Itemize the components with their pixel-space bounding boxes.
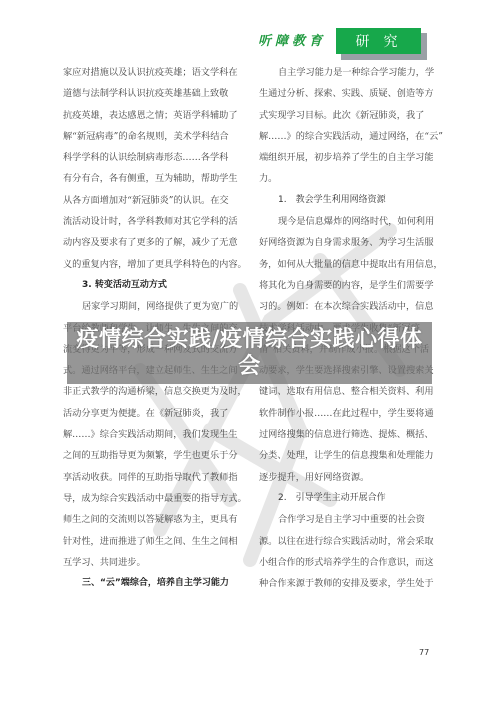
paragraph-line: 居家学习期间，网络提供了更为宽广的 bbox=[63, 296, 243, 317]
journal-brand: 听障教育 bbox=[258, 30, 326, 49]
document-page: 听障教育 研究 家应对措施以及认识抗疫英雄；语文学科在 道德与法制学科认识抗疫英… bbox=[0, 0, 500, 707]
paragraph-line: 针对性，进而推进了师生之间、生生之间相 bbox=[63, 531, 243, 552]
paragraph-line: 师生之间的交流则以答疑解惑为主，更具有 bbox=[63, 509, 243, 530]
paragraph-line: 现今是信息爆炸的网络时代，如何利用 bbox=[259, 211, 439, 232]
paragraph-line: 家应对措施以及认识抗疫英雄；语文学科在 bbox=[63, 62, 243, 83]
paragraph-line: 习的。例如：在本次综合实践活动中，信息 bbox=[259, 296, 439, 317]
paragraph-line: 键词、选取有用信息、整合相关资料、利用 bbox=[259, 381, 439, 402]
subsection-heading: 2. 引导学生主动开展合作 bbox=[259, 488, 439, 509]
paragraph-line: 导，成为综合实践活动中最重要的指导方式。 bbox=[63, 488, 243, 509]
paragraph-line: 科学学科的认识绘制病毒形态……各学科 bbox=[63, 147, 243, 168]
overlay-title: 疫情综合实践/疫情综合实践心得体会 bbox=[67, 322, 432, 380]
paragraph-line: 务，如何从大批量的信息中提取出有用信息， bbox=[259, 254, 439, 275]
page-number: 77 bbox=[419, 648, 429, 657]
paragraph-line: 流活动设计时，各学科教师对其它学科的活 bbox=[63, 211, 243, 232]
paragraph-line: 合作学习是自主学习中重要的社会资 bbox=[259, 509, 439, 530]
paragraph-line: 种合作来源于教师的安排及要求，学生处于 bbox=[259, 573, 439, 594]
subsection-heading: 1. 教会学生利用网络资源 bbox=[259, 190, 439, 211]
paragraph-line: 解……》综合实践活动期间，我们发现生生 bbox=[63, 424, 243, 445]
paragraph-line: 互学习、共同进步。 bbox=[63, 552, 243, 573]
paragraph-line: 源。以往在进行综合实践活动时，常会采取 bbox=[259, 531, 439, 552]
paragraph-line: 道德与法制学科认识抗疫英雄基础上致敬 bbox=[63, 83, 243, 104]
paragraph-line: 活动分享更为便捷。在《新冠肺炎，我了 bbox=[63, 403, 243, 424]
paragraph-line: 抗疫英雄，表达感恩之情；英语学科辅助了 bbox=[63, 105, 243, 126]
paragraph-line: 之间的互助指导更为频繁，学生也更乐于分 bbox=[63, 445, 243, 466]
paragraph-line: 从各方面增加对“新冠肺炎”的认识。在交 bbox=[63, 190, 243, 211]
paragraph-line: 生通过分析、探索、实践、质疑、创造等方 bbox=[259, 83, 439, 104]
paragraph-line: 享活动收获。同伴的互助指导取代了教师指 bbox=[63, 467, 243, 488]
paragraph-line: 分类、处理，让学生的信息搜集和处理能力 bbox=[259, 445, 439, 466]
paragraph-line: 将其化为自身需要的内容，是学生们需要学 bbox=[259, 275, 439, 296]
paragraph-line: 非正式教学的沟通桥梁，信息交换更为及时， bbox=[63, 381, 243, 402]
paragraph-line: 自主学习能力是一种综合学习能力，学 bbox=[259, 62, 439, 83]
section-heading: 三、“云”端综合，培养自主学习能力 bbox=[63, 573, 243, 594]
paragraph-line: 解“新冠病毒”的命名规则，美术学科结合 bbox=[63, 126, 243, 147]
section-tag: 研究 bbox=[336, 28, 421, 54]
section-heading: 3. 转变活动互动方式 bbox=[63, 275, 243, 296]
paragraph-line: 解……》的综合实践活动，通过网络，在“云” bbox=[259, 126, 439, 147]
paragraph-line: 有分有合，各有侧重，互为辅助，帮助学生 bbox=[63, 168, 243, 189]
paragraph-line: 小组合作的形式培养学生的合作意识，而这 bbox=[259, 552, 439, 573]
paragraph-line: 软件制作小报……在此过程中，学生要将通 bbox=[259, 403, 439, 424]
paragraph-line: 力。 bbox=[259, 168, 439, 189]
paragraph-line: 过网络搜集的信息进行筛选、提炼、概括、 bbox=[259, 424, 439, 445]
paragraph-line: 好网络资源为自身需求服务、为学习生活服 bbox=[259, 232, 439, 253]
paragraph-line: 式实现学习目标。此次《新冠肺炎，我了 bbox=[259, 105, 439, 126]
paragraph-line: 端组织开展，初步培养了学生的自主学习能 bbox=[259, 147, 439, 168]
paragraph-line: 逐步提升，用好网络资源。 bbox=[259, 467, 439, 488]
paragraph-line: 义的重复内容，增加了更具学科特色的内容。 bbox=[63, 254, 243, 275]
paragraph-line: 动内容及要求有了更多的了解，减少了无意 bbox=[63, 232, 243, 253]
